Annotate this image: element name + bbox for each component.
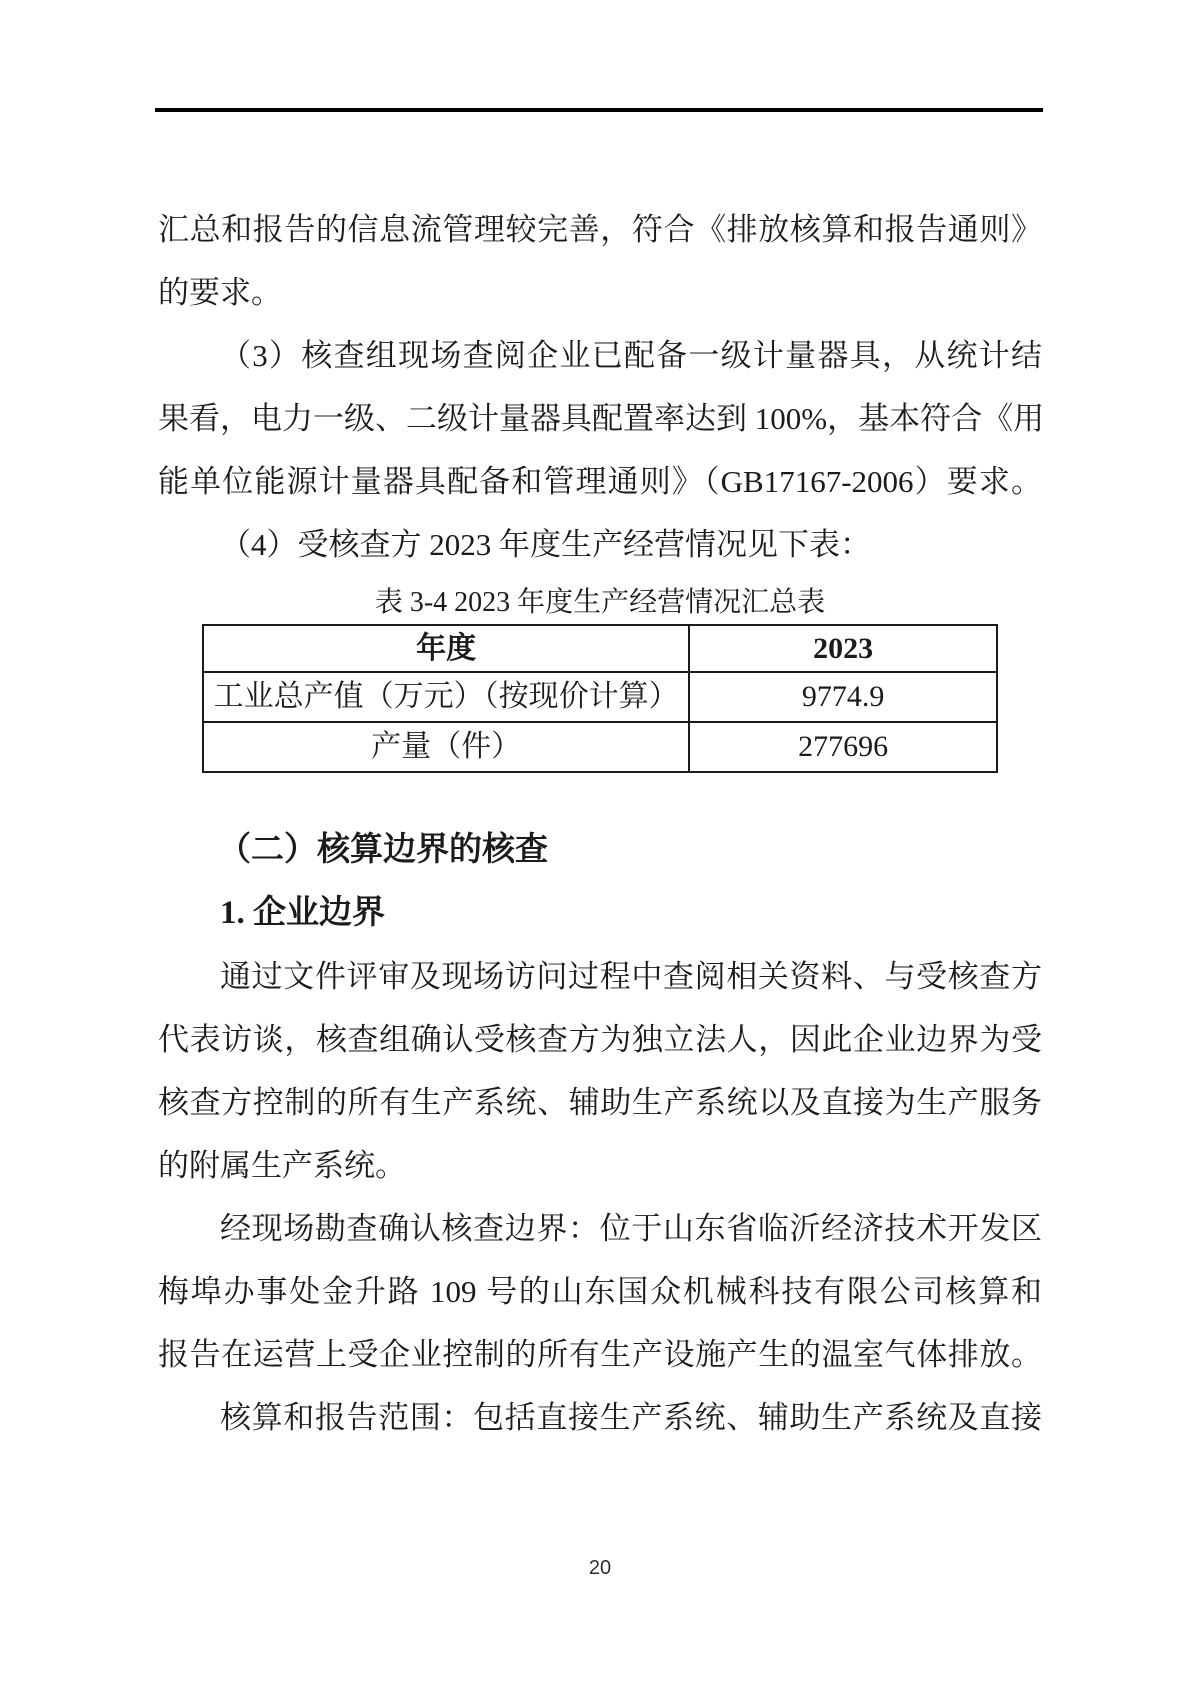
text-line: 经现场勘查确认核查边界：位于山东省临沂经济技术开发区 [158, 1197, 1042, 1260]
text-line: 核算和报告范围：包括直接生产系统、辅助生产系统及直接 [158, 1386, 1042, 1449]
paragraph: 通过文件评审及现场访问过程中查阅相关资料、与受核查方代表访谈，核查组确认受核查方… [158, 945, 1042, 1197]
text-line: 能单位能源计量器具配备和管理通则》（GB17167-2006）要求。 [158, 450, 1042, 513]
text-line: 报告在运营上受企业控制的所有生产设施产生的温室气体排放。 [158, 1323, 1042, 1386]
table-cell: 277696 [689, 722, 997, 772]
text-line: 的要求。 [158, 261, 1042, 324]
table-header-cell: 年度 [203, 625, 689, 672]
text-line: 的附属生产系统。 [158, 1134, 1042, 1197]
table-row: 产量（件）277696 [203, 722, 997, 772]
table-cell: 9774.9 [689, 672, 997, 722]
text-line: 汇总和报告的信息流管理较完善，符合《排放核算和报告通则》 [158, 198, 1042, 261]
section-heading: （二）核算边界的核查 [158, 819, 1042, 882]
paragraph: （4）受核查方 2023 年度生产经营情况见下表： [158, 513, 1042, 576]
subsection-heading: 1. 企业边界 [158, 882, 1042, 945]
paragraph: 汇总和报告的信息流管理较完善，符合《排放核算和报告通则》的要求。 [158, 198, 1042, 324]
paragraph: 经现场勘查确认核查边界：位于山东省临沂经济技术开发区梅埠办事处金升路 109 号… [158, 1197, 1042, 1386]
table-cell: 产量（件） [203, 722, 689, 772]
table-header-cell: 2023 [689, 625, 997, 672]
page-number: 20 [158, 1556, 1042, 1580]
text-line: 梅埠办事处金升路 109 号的山东国众机械科技有限公司核算和 [158, 1260, 1042, 1323]
table-header-row: 年度2023 [203, 625, 997, 672]
text-line: 代表访谈，核查组确认受核查方为独立法人，因此企业边界为受 [158, 1008, 1042, 1071]
text-line: 核查方控制的所有生产系统、辅助生产系统以及直接为生产服务 [158, 1071, 1042, 1134]
text-line: （3）核查组现场查阅企业已配备一级计量器具，从统计结 [158, 324, 1042, 387]
text-line: （4）受核查方 2023 年度生产经营情况见下表： [158, 513, 1042, 576]
table-cell: 工业总产值（万元）（按现价计算） [203, 672, 689, 722]
text-line: 果看，电力一级、二级计量器具配置率达到 100%，基本符合《用 [158, 387, 1042, 450]
table-caption: 表 3-4 2023 年度生产经营情况汇总表 [158, 582, 1042, 624]
document-page: 汇总和报告的信息流管理较完善，符合《排放核算和报告通则》的要求。（3）核查组现场… [0, 0, 1190, 1683]
header-rule [155, 108, 1043, 112]
paragraph: 核算和报告范围：包括直接生产系统、辅助生产系统及直接 [158, 1386, 1042, 1449]
table-row: 工业总产值（万元）（按现价计算）9774.9 [203, 672, 997, 722]
text-line: 通过文件评审及现场访问过程中查阅相关资料、与受核查方 [158, 945, 1042, 1008]
body-blocks: 汇总和报告的信息流管理较完善，符合《排放核算和报告通则》的要求。（3）核查组现场… [158, 198, 1042, 1449]
paragraph: （3）核查组现场查阅企业已配备一级计量器具，从统计结果看，电力一级、二级计量器具… [158, 324, 1042, 513]
production-summary-table: 年度2023工业总产值（万元）（按现价计算）9774.9产量（件）277696 [202, 624, 998, 773]
